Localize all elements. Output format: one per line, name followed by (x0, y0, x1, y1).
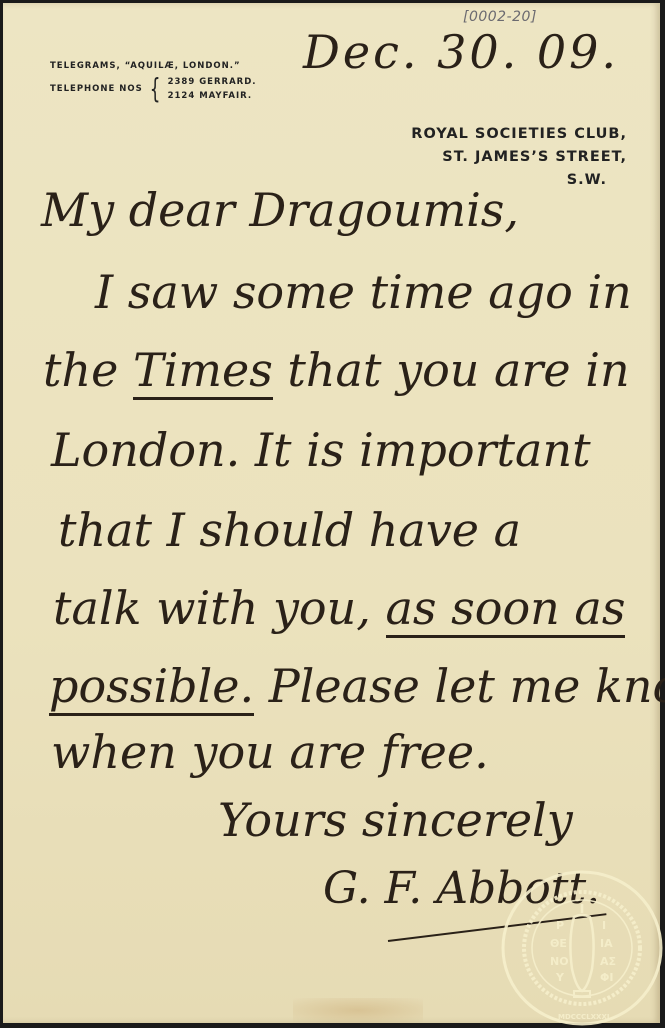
school-seal-icon: ΡΙ ΘΕΙΑ ΝΟΑΣ ΥΦΙ MDCCCLXXXI (500, 869, 664, 1027)
telegrams-label: TELEGRAMS, (50, 61, 121, 71)
underlined-possible: possible. (49, 659, 254, 716)
svg-text:ΑΣ: ΑΣ (600, 955, 616, 968)
brace-icon: { (150, 75, 161, 103)
body-line-text: Please let me know (254, 659, 665, 713)
street-address: ST. JAMES’S STREET, (411, 146, 627, 169)
paper-stain (293, 998, 423, 1023)
svg-text:ΦΙ: ΦΙ (600, 971, 613, 984)
telephone-number: 2124 MAYFAIR. (168, 89, 257, 103)
body-line-text: talk with you, (53, 581, 386, 635)
body-line: I saw some time ago in (95, 265, 632, 319)
svg-text:Ι: Ι (602, 919, 606, 932)
svg-text:ΝΟ: ΝΟ (550, 955, 569, 968)
archive-reference: [0002-20] (463, 9, 537, 25)
body-line: possible. Please let me know (49, 659, 665, 713)
body-line: when you are free. (51, 725, 489, 779)
underlined-times: Times (133, 343, 273, 400)
telegrams-address: “AQUILÆ, LONDON.” (125, 61, 241, 71)
body-line-text: the (43, 343, 133, 397)
body-line: talk with you, as soon as (53, 581, 625, 635)
salutation: My dear Dragoumis, (41, 183, 519, 237)
body-line: London. It is important (51, 423, 591, 477)
svg-text:Υ: Υ (555, 971, 565, 984)
svg-text:Ρ: Ρ (556, 919, 564, 932)
telephone-label: TELEPHONE NOS (50, 82, 143, 96)
telegrams-line: TELEGRAMS, “AQUILÆ, LONDON.” (50, 59, 256, 73)
closing: Yours sincerely (218, 793, 573, 847)
letterhead-contact: TELEGRAMS, “AQUILÆ, LONDON.” TELEPHONE N… (50, 59, 256, 103)
telephone-numbers: 2389 GERRARD. 2124 MAYFAIR. (168, 75, 257, 103)
underlined-as-soon-as: as soon as (386, 581, 626, 638)
letter-page: [0002-20] TELEGRAMS, “AQUILÆ, LONDON.” T… (3, 3, 660, 1023)
letter-date: Dec. 30. 09. (303, 25, 619, 79)
svg-text:MDCCCLXXXI: MDCCCLXXXI (558, 1013, 609, 1021)
club-name: ROYAL SOCIETIES CLUB, (411, 123, 627, 146)
body-line-text: that you are in (273, 343, 630, 397)
telephone-line: TELEPHONE NOS { 2389 GERRARD. 2124 MAYFA… (50, 75, 256, 103)
body-line: that I should have a (58, 503, 521, 557)
svg-text:ΘΕ: ΘΕ (550, 937, 567, 950)
letterhead-address: ROYAL SOCIETIES CLUB, ST. JAMES’S STREET… (411, 123, 627, 192)
telephone-number: 2389 GERRARD. (168, 75, 257, 89)
body-line: the Times that you are in (43, 343, 630, 397)
svg-text:ΙΑ: ΙΑ (600, 937, 613, 950)
